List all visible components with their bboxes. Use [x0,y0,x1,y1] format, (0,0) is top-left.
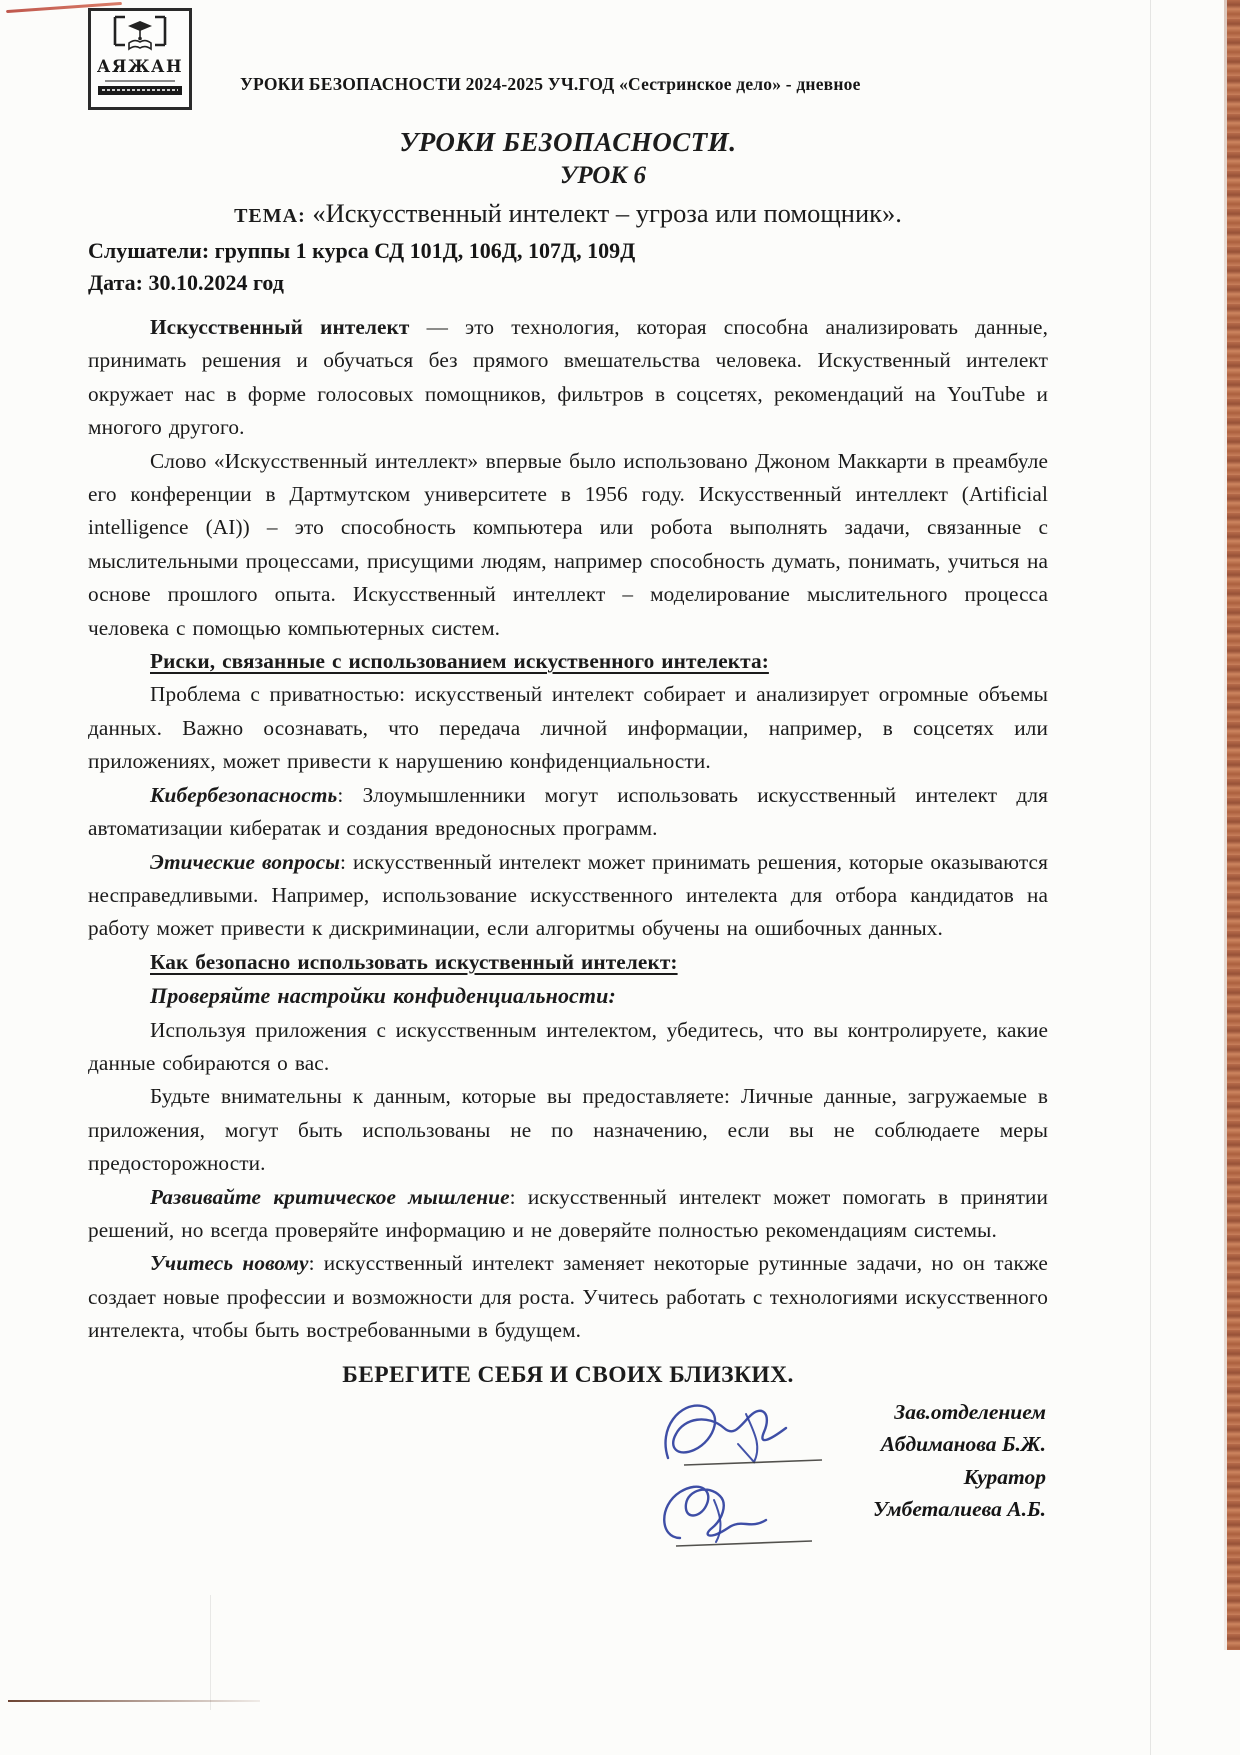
document-body: УРОКИ БЕЗОПАСНОСТИ. УРОК 6 ТЕМА: «Искусс… [88,126,1048,1526]
heading-safe-use: Как безопасно использовать искуственный … [88,946,1048,979]
heading-check-settings: Проверяйте настройки конфиденциальности: [88,979,1048,1013]
paragraph-ethics: Этические вопросы: искусственный интелек… [88,846,1048,946]
signature-head-name: Абдиманова Б.Ж. [88,1428,1046,1461]
paragraph-cybersecurity-lead: Кибербезопасность [150,783,337,807]
signature-curator-name: Умбеталиева А.Б. [88,1493,1046,1526]
document-title: УРОКИ БЕЗОПАСНОСТИ. [88,126,1048,159]
date-line: Дата: 30.10.2024 год [88,267,1048,299]
scan-bottom-line [8,1700,260,1702]
logo-banner [98,86,182,95]
paragraph-learn-new: Учитесь новому: искусственный интелект з… [88,1247,1048,1347]
theme-line: ТЕМА: «Искусственный интелект – угроза и… [88,194,1048,235]
document-header: УРОКИ БЕЗОПАСНОСТИ 2024-2025 УЧ.ГОД «Сес… [240,74,1080,95]
heading-risks: Риски, связанные с использованием искуст… [88,645,1048,678]
graduation-cap-icon [109,15,171,57]
college-logo: АЯЖАН [88,8,192,110]
theme-text: «Искусственный интелект – угроза или пом… [312,198,902,228]
logo-smallprint [105,80,175,82]
paragraph-critical-lead: Развивайте критическое мышление [150,1185,510,1209]
paragraph-learn-lead: Учитесь новому [150,1251,309,1275]
signature-role-head: Зав.отделением [88,1396,1046,1429]
paragraph-privacy: Проблема с приватностью: искусственый ин… [88,678,1048,778]
paragraph-critical-thinking: Развивайте критическое мышление: искусст… [88,1181,1048,1248]
paragraph-history: Слово «Искусственный интеллект» впервые … [88,445,1048,645]
signature-block: Зав.отделением Абдиманова Б.Ж. Куратор У… [88,1396,1048,1526]
paragraph-ethics-lead: Этические вопросы [150,850,340,874]
paragraph-data-care: Будьте внимательны к данным, которые вы … [88,1080,1048,1180]
paragraph-apps: Используя приложения с искусственным инт… [88,1014,1048,1081]
fold-line [1150,0,1151,1755]
scanned-document-page: АЯЖАН УРОКИ БЕЗОПАСНОСТИ 2024-2025 УЧ.ГО… [0,0,1240,1755]
scan-edge-strip [1227,0,1240,1650]
fold-line-bottom [210,1595,211,1710]
paragraph-intro-lead: Искусственный интелект [150,315,410,339]
lesson-number: УРОК 6 [123,159,1083,192]
listeners-line: Слушатели: группы 1 курса СД 101Д, 106Д,… [88,235,1048,267]
signature-role-curator: Куратор [88,1461,1046,1494]
closing-line: БЕРЕГИТЕ СЕБЯ И СВОИХ БЛИЗКИХ. [88,1358,1048,1392]
logo-text: АЯЖАН [97,58,183,76]
paragraph-cybersecurity: Кибербезопасность: Злоумышленники могут … [88,779,1048,846]
theme-label: ТЕМА: [234,205,306,227]
body-text: Искусственный интелект — это технология,… [88,311,1048,1348]
paragraph-intro: Искусственный интелект — это технология,… [88,311,1048,445]
